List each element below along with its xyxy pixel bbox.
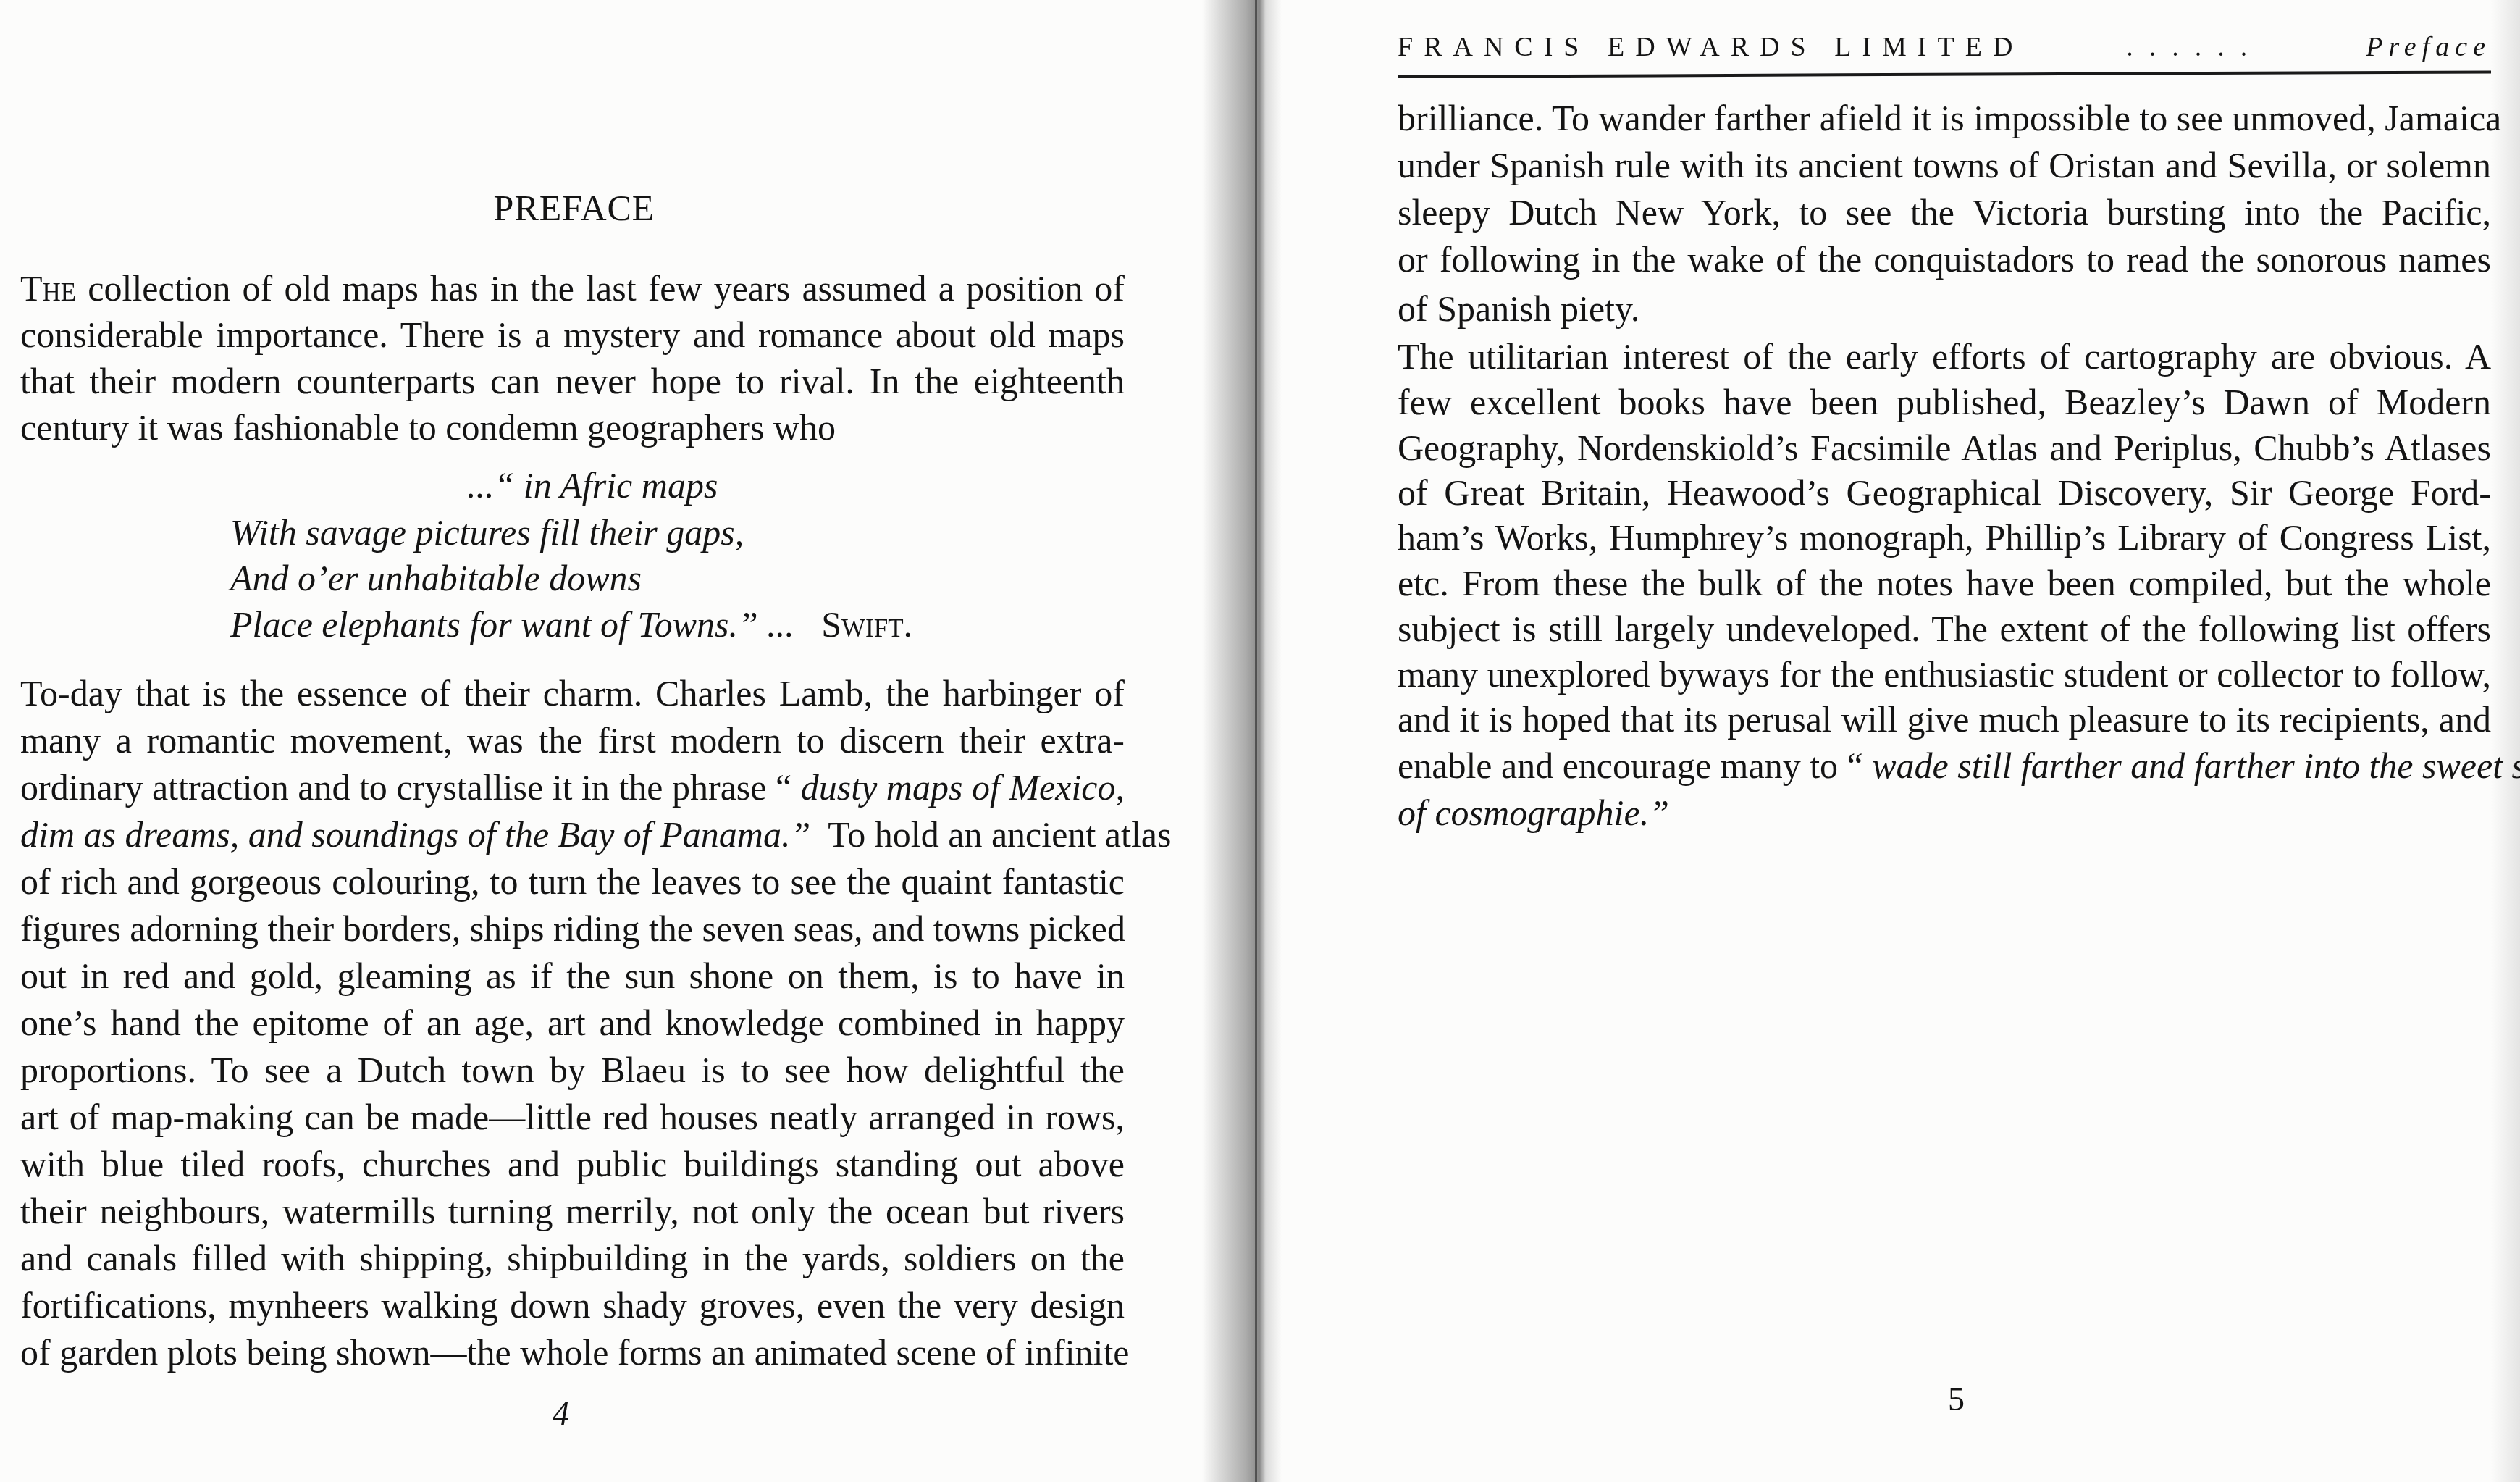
text-line: of Spanish piety. bbox=[1398, 290, 2491, 327]
text-line: brilliance. To wander farther afield it … bbox=[1398, 100, 2491, 136]
text-line: one’s hand the epitome of an age, art an… bbox=[20, 1005, 1125, 1041]
verse-line: With savage pictures fill their gaps, bbox=[230, 514, 744, 550]
lead-word: The bbox=[20, 268, 76, 309]
text-line: with blue tiled roofs, churches and publ… bbox=[20, 1146, 1125, 1182]
text-line: proportions. To see a Dutch town by Blae… bbox=[20, 1052, 1125, 1088]
text-line: considerable importance. There is a myst… bbox=[20, 317, 1125, 353]
text-line: century it was fashionable to condemn ge… bbox=[20, 409, 1125, 445]
running-head-leader-dots: ...... bbox=[2023, 33, 2366, 61]
text-line: of garden plots being shown—the whole fo… bbox=[20, 1334, 1125, 1370]
text-line: under Spanish rule with its ancient town… bbox=[1398, 147, 2491, 183]
running-head-section: Preface bbox=[2366, 33, 2491, 61]
verse-line: And o’er unhabitable downs bbox=[230, 560, 642, 596]
book-gutter-shadow bbox=[1202, 0, 1282, 1482]
text-line: of cosmographie.” bbox=[1398, 795, 2491, 831]
page-number-left: 4 bbox=[553, 1394, 569, 1433]
text-line: and it is hoped that its perusal will gi… bbox=[1398, 701, 2491, 737]
text-line: of Great Britain, Heawood’s Geographical… bbox=[1398, 474, 2491, 511]
text-line: out in red and gold, gleaming as if the … bbox=[20, 958, 1125, 994]
text-line: that their modern counterparts can never… bbox=[20, 363, 1125, 399]
text-line: many unexplored byways for the enthusias… bbox=[1398, 656, 2491, 692]
text-line: The collection of old maps has in the la… bbox=[20, 270, 1125, 306]
text-line: figures adorning their borders, ships ri… bbox=[20, 910, 1125, 947]
text-line: few excellent books have been published,… bbox=[1398, 384, 2491, 420]
text-line: many a romantic movement, was the first … bbox=[20, 722, 1125, 758]
text-line: ham’s Works, Humphrey’s monograph, Phill… bbox=[1398, 519, 2491, 556]
text-line: fortifications, mynheers walking down sh… bbox=[20, 1287, 1125, 1323]
text-line: To-day that is the essence of their char… bbox=[20, 675, 1125, 711]
text-line: art of map-making can be made—little red… bbox=[20, 1099, 1125, 1135]
running-head-publisher: FRANCIS EDWARDS LIMITED bbox=[1398, 33, 2023, 61]
verse-line: ...“ in Afric maps bbox=[467, 467, 718, 503]
text-line: enable and encourage many to “ wade stil… bbox=[1398, 748, 2491, 784]
text-line: ordinary attraction and to crystallise i… bbox=[20, 769, 1125, 805]
page-title: PREFACE bbox=[484, 187, 665, 229]
running-head: FRANCIS EDWARDS LIMITED ...... Preface bbox=[1398, 33, 2491, 61]
text-line: of rich and gorgeous colouring, to turn … bbox=[20, 863, 1125, 900]
text-line: etc. From these the bulk of the notes ha… bbox=[1398, 565, 2491, 601]
text-line: dim as dreams, and soundings of the Bay … bbox=[20, 816, 1125, 853]
text-line: and canals filled with shipping, shipbui… bbox=[20, 1240, 1125, 1276]
verse-line: Place elephants for want of Towns.” ... … bbox=[230, 606, 912, 642]
text-line: Geography, Nordenskiold’s Facsimile Atla… bbox=[1398, 430, 2491, 466]
text-line: subject is still largely undeveloped. Th… bbox=[1398, 611, 2491, 647]
text-line: The utilitarian interest of the early ef… bbox=[1398, 338, 2491, 374]
page-number-right: 5 bbox=[1948, 1380, 1965, 1418]
text-line: their neighbours, watermills turning mer… bbox=[20, 1193, 1125, 1229]
book-spread: PREFACE The collection of old maps has i… bbox=[0, 0, 2520, 1482]
right-page-edge-shadow bbox=[2491, 0, 2520, 1482]
verse-attribution: Swift. bbox=[821, 604, 912, 645]
text-line: sleepy Dutch New York, to see the Victor… bbox=[1398, 194, 2491, 230]
page-fold-edge bbox=[1255, 0, 1257, 1482]
text-line: or following in the wake of the conquist… bbox=[1398, 241, 2491, 277]
